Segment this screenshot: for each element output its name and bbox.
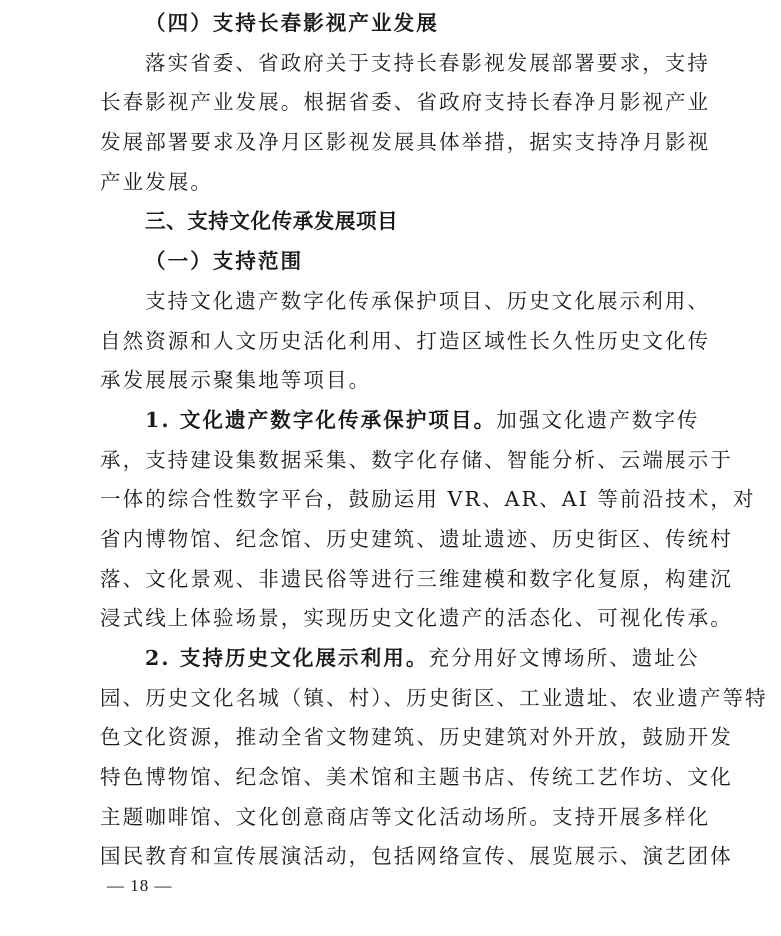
document-page: （四）支持长春影视产业发展 落实省委、省政府关于支持长春影视发展部署要求，支持 … [100, 4, 690, 877]
item-1-line: 1. 文化遗产数字化传承保护项目。加强文化遗产数字传 [100, 401, 690, 441]
item-2-text: 充分用好文博场所、遗址公 [428, 646, 699, 670]
paragraph-line: 一体的综合性数字平台，鼓励运用 VR、AR、AI 等前沿技术，对 [100, 480, 690, 520]
paragraph-line: 发展部署要求及净月区影视发展具体举措，据实支持净月影视 [100, 123, 690, 163]
paragraph-line: 承，支持建设集数据采集、数字化存储、智能分析、云端展示于 [100, 441, 690, 481]
paragraph-line: 主题咖啡馆、文化创意商店等文化活动场所。支持开展多样化 [100, 798, 690, 838]
page-number: — 18 — [107, 876, 173, 896]
paragraph-line: 省内博物馆、纪念馆、历史建筑、遗址遗迹、历史街区、传统村 [100, 520, 690, 560]
item-1-text: 加强文化遗产数字传 [496, 408, 699, 432]
section-subheading-4: （四）支持长春影视产业发展 [100, 4, 690, 44]
paragraph-line: 色文化资源，推动全省文物建筑、历史建筑对外开放，鼓励开发 [100, 718, 690, 758]
paragraph-line: 长春影视产业发展。根据省委、省政府支持长春净月影视产业 [100, 83, 690, 123]
paragraph-line: 承发展展示聚集地等项目。 [100, 361, 690, 401]
paragraph-line: 落、文化景观、非遗民俗等进行三维建模和数字化复原，构建沉 [100, 560, 690, 600]
item-2-title: 2. 支持历史文化展示利用。 [145, 646, 428, 670]
section-subheading-1: （一）支持范围 [100, 242, 690, 282]
item-1-title: 1. 文化遗产数字化传承保护项目。 [145, 408, 496, 432]
paragraph-line: 特色博物馆、纪念馆、美术馆和主题书店、传统工艺作坊、文化 [100, 758, 690, 798]
paragraph-line: 产业发展。 [100, 163, 690, 203]
paragraph-line: 国民教育和宣传展演活动，包括网络宣传、展览展示、演艺团体 [100, 837, 690, 877]
paragraph-line: 浸式线上体验场景，实现历史文化遗产的活态化、可视化传承。 [100, 599, 690, 639]
paragraph-line: 落实省委、省政府关于支持长春影视发展部署要求，支持 [100, 44, 690, 84]
section-heading-3: 三、支持文化传承发展项目 [100, 202, 690, 242]
item-2-line: 2. 支持历史文化展示利用。充分用好文博场所、遗址公 [100, 639, 690, 679]
paragraph-line: 支持文化遗产数字化传承保护项目、历史文化展示利用、 [100, 282, 690, 322]
scan-speck [724, 743, 726, 745]
paragraph-line: 园、历史文化名城（镇、村）、历史街区、工业遗址、农业遗产等特 [100, 679, 690, 719]
paragraph-line: 自然资源和人文历史活化利用、打造区域性长久性历史文化传 [100, 322, 690, 362]
